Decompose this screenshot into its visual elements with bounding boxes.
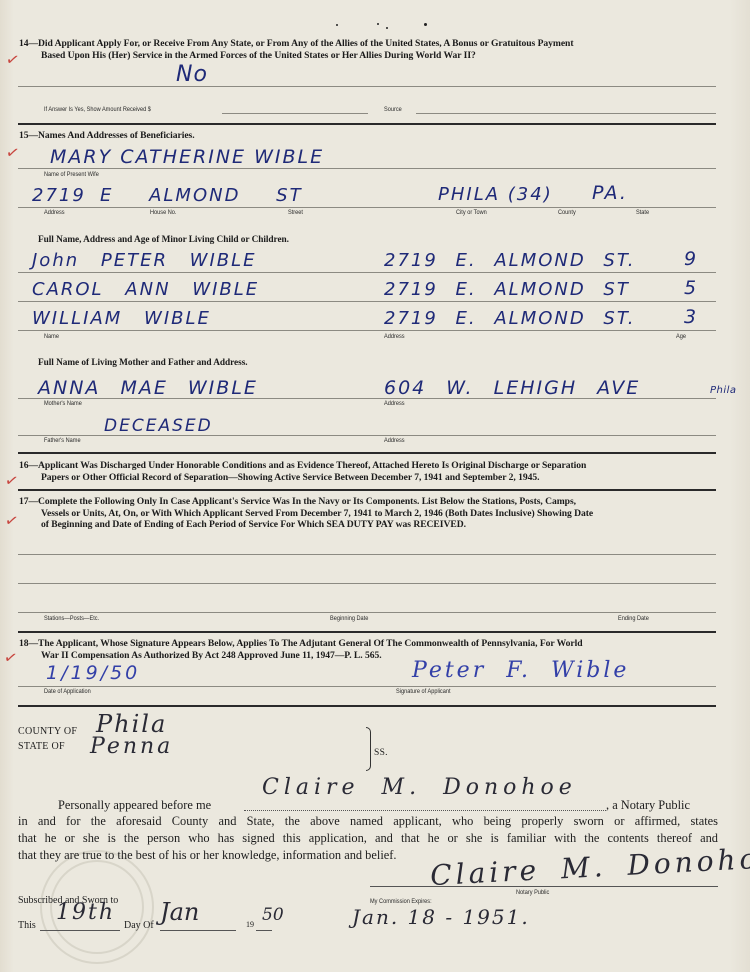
wife-house-no[interactable]: 2719 xyxy=(32,185,86,206)
ink-speck xyxy=(386,27,388,29)
wife-name-line xyxy=(18,168,716,169)
child-age[interactable]: 9 xyxy=(684,248,698,270)
year-prefix: 19 xyxy=(246,920,254,929)
appeared-prefix: Personally appeared before me xyxy=(58,797,211,814)
day-value[interactable]: 19th xyxy=(56,900,115,925)
ink-speck xyxy=(424,23,427,26)
mother-name-label: Mother's Name xyxy=(44,400,82,407)
beginning-date-label: Beginning Date xyxy=(330,615,368,622)
child-age[interactable]: 5 xyxy=(684,277,698,299)
ss-label: SS. xyxy=(374,748,388,758)
child-name[interactable]: John PETER WIBLE xyxy=(32,250,257,271)
checkmark-icon: ✓ xyxy=(3,470,20,491)
service-entry-line[interactable] xyxy=(18,554,716,555)
section-divider xyxy=(18,452,716,454)
ending-date-label: Ending Date xyxy=(618,615,649,622)
year-field[interactable] xyxy=(256,930,272,931)
wife-street[interactable]: E ALMOND ST xyxy=(100,185,303,206)
month-field[interactable] xyxy=(160,930,236,931)
child-line xyxy=(18,272,716,273)
state-label: State xyxy=(636,209,649,216)
child-age-label: Age xyxy=(676,333,686,340)
state-label: STATE OF xyxy=(18,741,65,752)
mother-address-label: Address xyxy=(384,400,405,407)
wife-city[interactable]: PHILA (34) xyxy=(438,184,553,205)
question-14-line2: Based Upon His (Her) Service in the Arme… xyxy=(19,50,724,62)
stations-label: Stations—Posts—Etc. xyxy=(44,615,99,622)
question-16-line1: 16—Applicant Was Discharged Under Honora… xyxy=(19,460,586,471)
year-value[interactable]: 50 xyxy=(262,905,284,925)
city-label: City or Town xyxy=(456,209,487,216)
child-name[interactable]: CAROL ANN WIBLE xyxy=(32,279,259,300)
checkmark-icon: ✓ xyxy=(4,142,21,163)
ink-speck xyxy=(336,24,338,26)
question-18-line1: 18—The Applicant, Whose Signature Appear… xyxy=(19,638,583,649)
commission-expires-value[interactable]: Jan. 18 - 1951. xyxy=(352,905,530,929)
month-value[interactable]: Jan xyxy=(160,898,199,926)
notary-body-line4: that they are true to the best of his or… xyxy=(18,847,396,864)
day-field[interactable] xyxy=(40,930,120,931)
notary-signature[interactable]: Claire M. Donohoe xyxy=(429,841,750,892)
county-label: COUNTY OF xyxy=(18,726,77,737)
parents-heading: Full Name of Living Mother and Father an… xyxy=(38,358,248,370)
question-16: 16—Applicant Was Discharged Under Honora… xyxy=(19,460,724,483)
notary-body-line3: that he or she is the person who has sig… xyxy=(18,830,718,847)
father-line xyxy=(18,435,716,436)
child-address-label: Address xyxy=(384,333,405,340)
service-entry-line[interactable] xyxy=(18,583,716,584)
amount-label: If Answer Is Yes, Show Amount Received $ xyxy=(44,106,151,113)
child-address[interactable]: 2719 E. ALMOND ST. xyxy=(384,308,635,329)
section-divider xyxy=(18,489,716,491)
address-label: Address xyxy=(44,209,65,216)
application-page: ✓ 14—Did Applicant Apply For, or Receive… xyxy=(0,0,750,972)
this-label: This xyxy=(18,920,36,931)
notary-public-label: Notary Public xyxy=(516,889,549,896)
children-heading: Full Name, Address and Age of Minor Livi… xyxy=(38,235,289,247)
section-divider xyxy=(18,631,716,633)
child-name-label: Name xyxy=(44,333,59,340)
checkmark-icon: ✓ xyxy=(3,510,20,531)
mother-address[interactable]: 604 W. LEHIGH AVE xyxy=(384,377,640,399)
notary-name[interactable]: Claire M. Donohoe xyxy=(262,775,577,800)
wife-name[interactable]: MARY CATHERINE WIBLE xyxy=(50,146,324,168)
state-value[interactable]: Penna xyxy=(90,734,173,759)
child-line xyxy=(18,330,716,331)
answer-line xyxy=(18,86,716,87)
address-line xyxy=(18,207,716,208)
signature-line xyxy=(18,686,716,687)
brace xyxy=(366,727,371,771)
signature-label: Signature of Applicant xyxy=(396,688,451,695)
commission-label: My Commission Expires: xyxy=(370,898,432,905)
question-17-line3: of Beginning and Date of Ending of Each … xyxy=(19,519,724,531)
notary-signature-line xyxy=(370,886,718,887)
notary-body-line2: in and for the aforesaid County and Stat… xyxy=(18,813,718,830)
amount-field[interactable] xyxy=(222,113,368,114)
question-17: 17—Complete the Following Only In Case A… xyxy=(19,496,724,531)
county-label: County xyxy=(558,209,576,216)
date-of-application[interactable]: 1/19/50 xyxy=(46,662,140,684)
child-address[interactable]: 2719 E. ALMOND ST. xyxy=(384,250,635,271)
ink-speck xyxy=(377,23,379,25)
q14-answer[interactable]: No xyxy=(176,62,208,87)
question-14: 14—Did Applicant Apply For, or Receive F… xyxy=(19,38,724,61)
father-name-label: Father's Name xyxy=(44,437,81,444)
house-no-label: House No. xyxy=(150,209,176,216)
section-divider xyxy=(18,123,716,125)
child-age[interactable]: 3 xyxy=(684,306,698,328)
day-of-label: Day Of xyxy=(124,920,154,931)
mother-address-extra[interactable]: Phila xyxy=(710,385,737,396)
service-entry-line[interactable] xyxy=(18,612,716,613)
question-16-line2: Papers or Other Official Record of Separ… xyxy=(19,472,724,484)
source-label: Source xyxy=(384,106,402,113)
applicant-signature[interactable]: Peter F. Wible xyxy=(412,658,629,683)
child-address[interactable]: 2719 E. ALMOND ST xyxy=(384,279,630,300)
child-line xyxy=(18,301,716,302)
mother-name[interactable]: ANNA MAE WIBLE xyxy=(38,377,258,399)
appeared-suffix: , a Notary Public xyxy=(606,797,690,814)
checkmark-icon: ✓ xyxy=(2,647,19,668)
notary-name-field[interactable] xyxy=(244,810,606,811)
question-15-heading: 15—Names And Addresses of Beneficiaries. xyxy=(19,130,195,142)
date-of-application-label: Date of Application xyxy=(44,688,91,695)
wife-state[interactable]: PA. xyxy=(592,182,628,204)
source-field[interactable] xyxy=(416,113,716,114)
father-address-label: Address xyxy=(384,437,405,444)
question-17-line1: 17—Complete the Following Only In Case A… xyxy=(19,496,576,507)
mother-line xyxy=(18,398,716,399)
father-name[interactable]: DECEASED xyxy=(104,416,213,436)
child-name[interactable]: WILLIAM WIBLE xyxy=(32,308,211,329)
question-17-line2: Vessels or Units, At, On, or With Which … xyxy=(19,508,724,520)
section-divider xyxy=(18,705,716,707)
street-label: Street xyxy=(288,209,303,216)
wife-name-label: Name of Present Wife xyxy=(44,171,99,178)
question-14-line1: 14—Did Applicant Apply For, or Receive F… xyxy=(19,38,573,49)
